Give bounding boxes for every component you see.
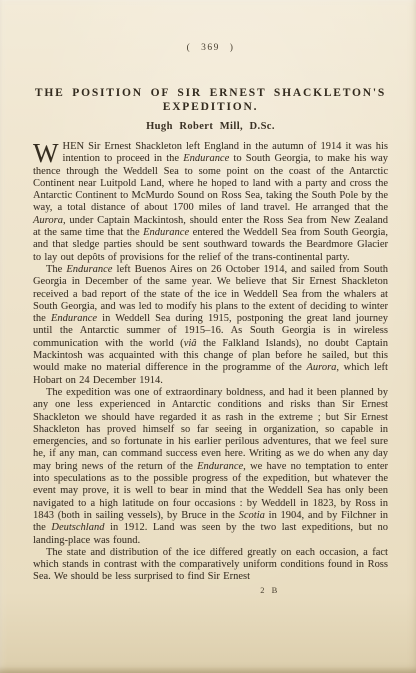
paragraph: The Endurance left Buenos Aires on 26 Oc… — [33, 264, 388, 387]
italic-text: Endurance — [51, 313, 97, 324]
article-body: WHEN Sir Ernest Shackleton left England … — [33, 141, 388, 584]
article-author: Hugh Robert Mill, D.Sc. — [33, 120, 388, 133]
text-segment: The — [46, 264, 66, 275]
drop-cap: W — [33, 141, 63, 164]
text-segment: The expedition was one of extraordinary … — [33, 387, 388, 472]
book-page: ( 369 ) THE POSITION OF SIR ERNEST SHACK… — [0, 0, 416, 673]
paragraph: The expedition was one of extraordinary … — [33, 387, 388, 547]
italic-text: Aurora — [33, 215, 63, 226]
italic-text: Aurora — [306, 362, 336, 373]
signature-mark: 2 B — [260, 585, 388, 595]
italic-text: Deutschland — [51, 522, 104, 533]
text-segment: The state and distribution of the ice di… — [33, 547, 388, 583]
article-title-line2: EXPEDITION. — [33, 100, 388, 114]
italic-text: viâ — [184, 338, 197, 349]
italic-text: Endurance — [197, 461, 243, 472]
article-title: THE POSITION OF SIR ERNEST SHACKLETON'S … — [33, 86, 388, 114]
page-content: ( 369 ) THE POSITION OF SIR ERNEST SHACK… — [0, 0, 416, 595]
page-number: ( 369 ) — [33, 42, 388, 54]
italic-text: Scotia — [239, 510, 265, 521]
paragraph: WHEN Sir Ernest Shackleton left England … — [33, 141, 388, 264]
italic-text: Endurance — [143, 227, 189, 238]
paragraph: The state and distribution of the ice di… — [33, 547, 388, 584]
italic-text: Endurance — [183, 153, 229, 164]
italic-text: Endurance — [66, 264, 112, 275]
article-title-line1: THE POSITION OF SIR ERNEST SHACKLETON'S — [33, 86, 388, 100]
